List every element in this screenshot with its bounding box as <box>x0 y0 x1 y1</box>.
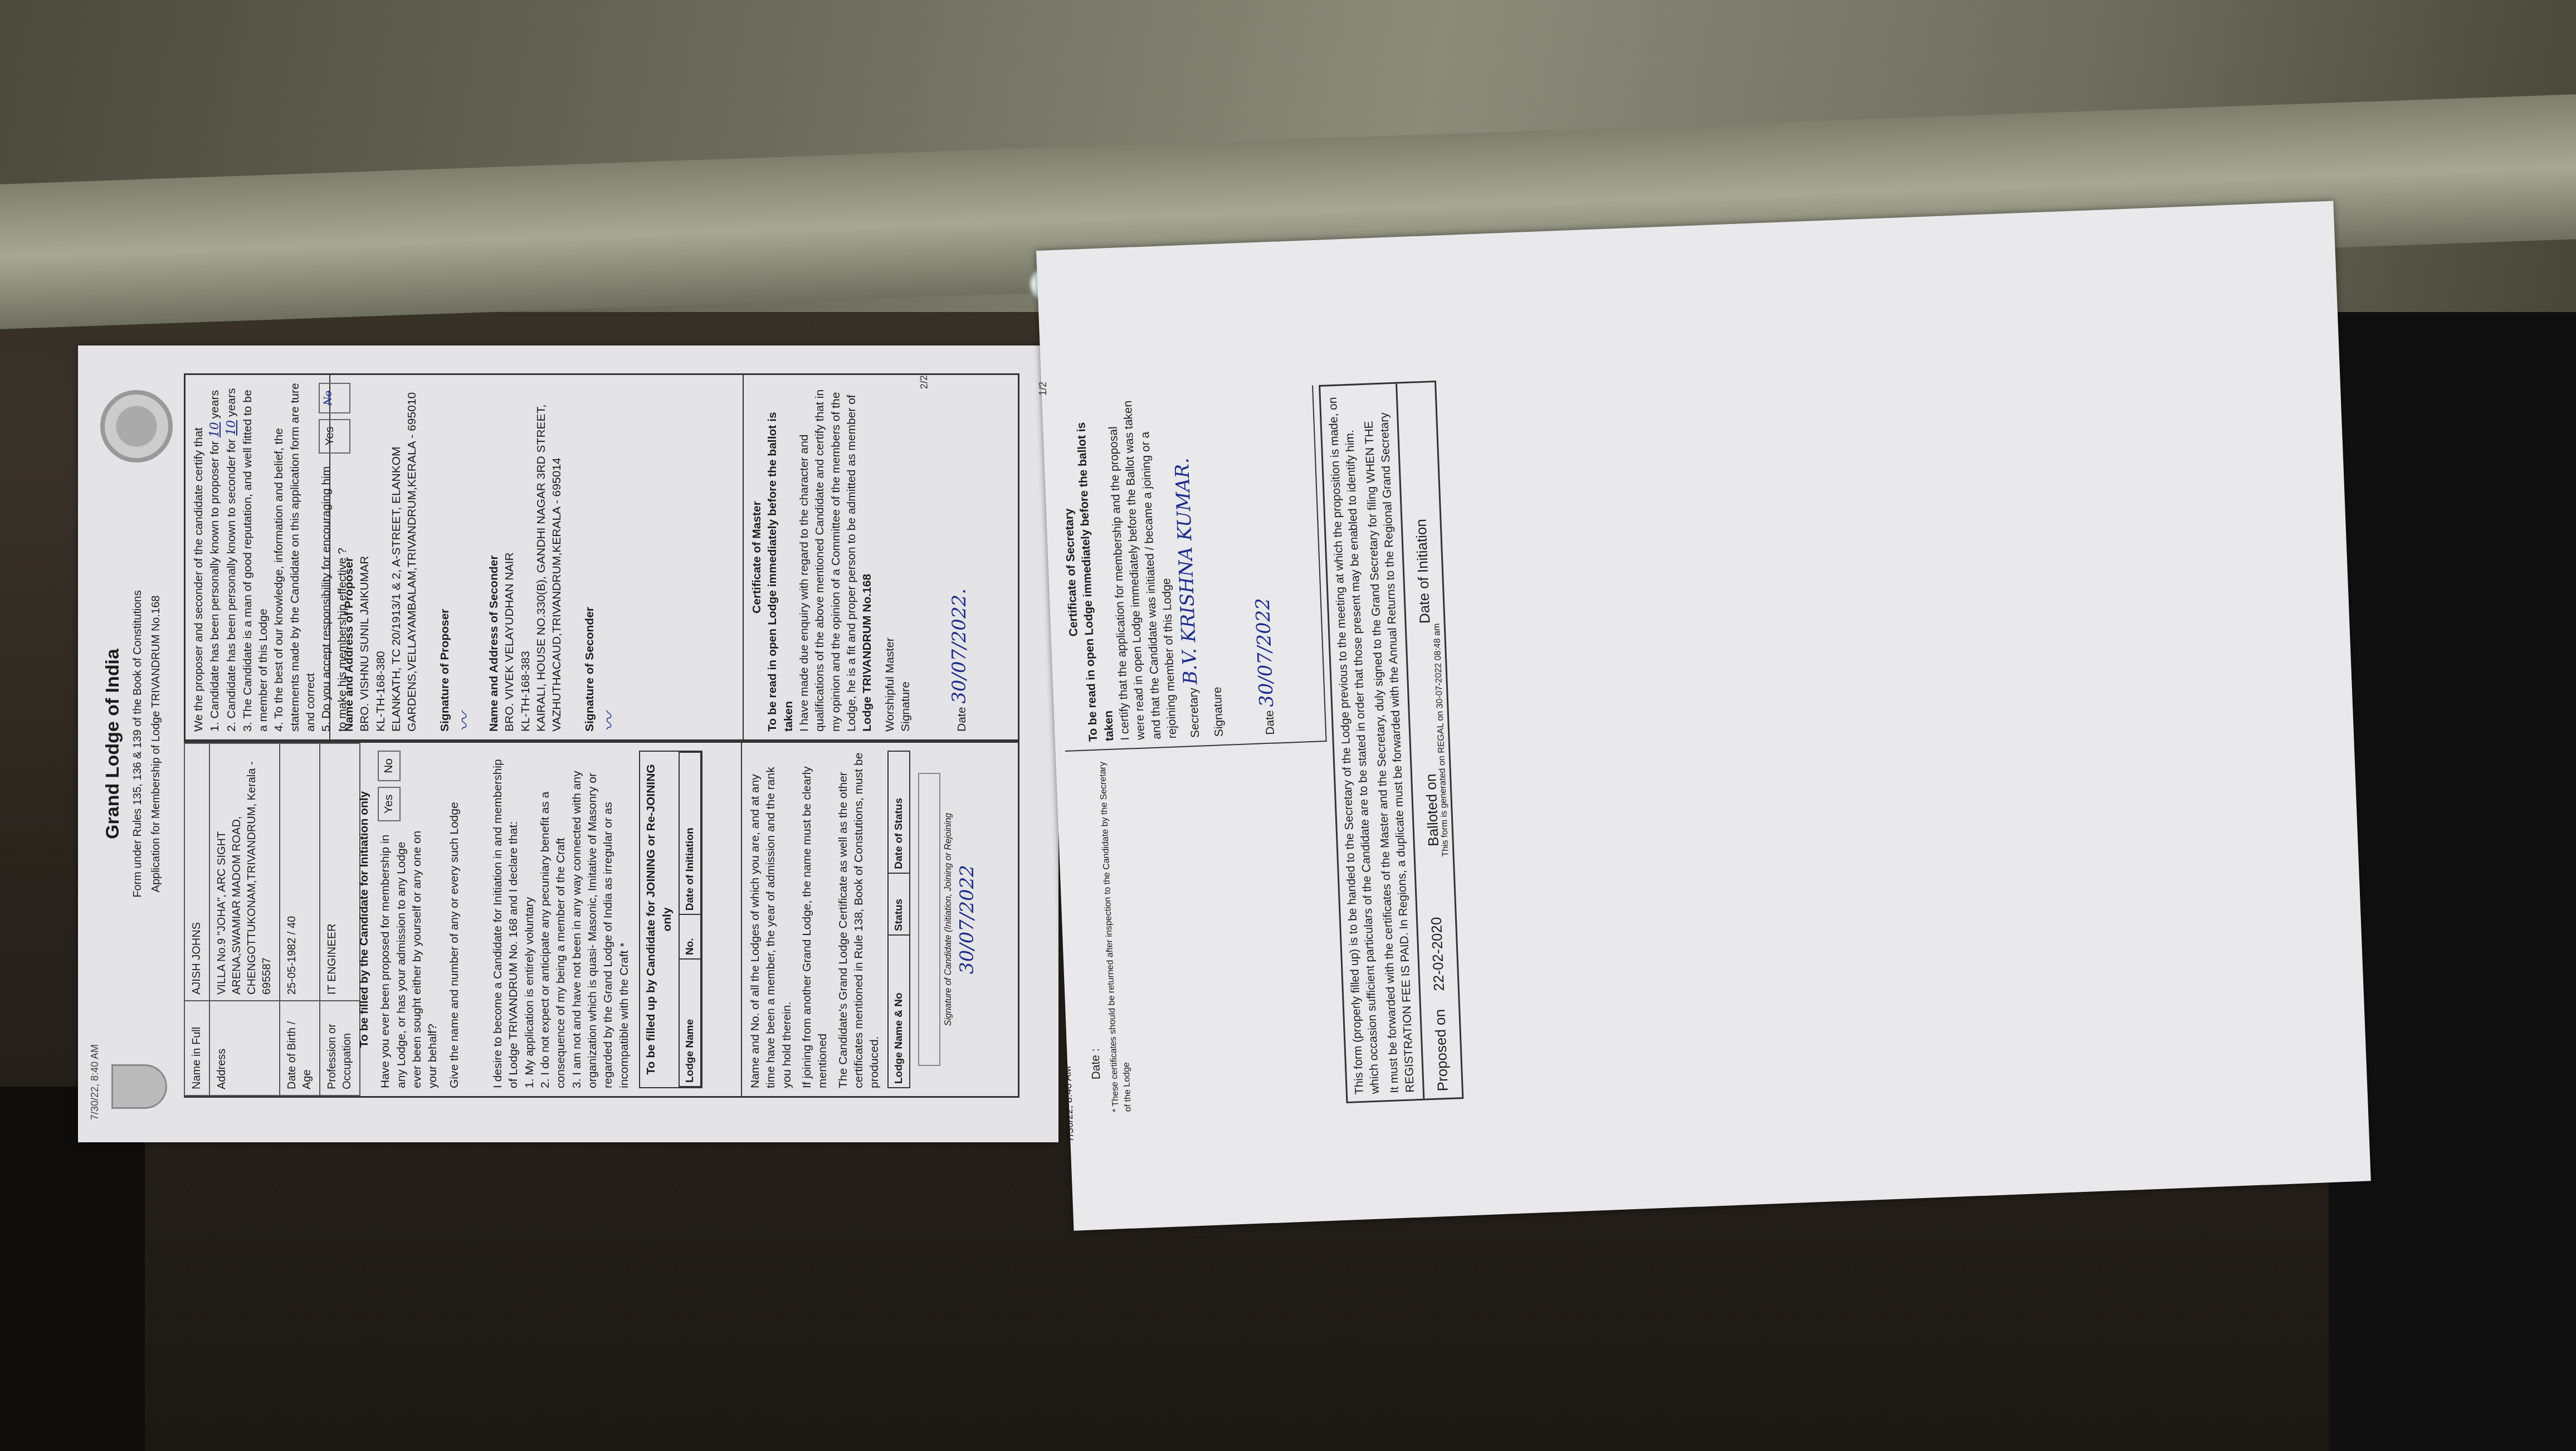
initiation-section: To be filled by the Candidate for Initia… <box>351 743 708 1096</box>
candidate-address: VILLA No.9 "JOHA", ARC SIGHT ARENA,SWAMI… <box>209 743 280 1001</box>
seconder-signature: 〰 <box>598 383 623 732</box>
form-subtitle: Form under Rules 135, 136 & 139 of the B… <box>130 345 145 1142</box>
seconder-name: BRO. VIVEK VELAYUDHAN NAIR <box>502 383 518 732</box>
table-row: Name in FullAJISH JOHNS <box>184 743 209 1095</box>
master-date: 30/07/2022. <box>948 588 970 704</box>
seconder-address: KAIRALI, HOUSE NO.330(B), GANDHI NAGAR 3… <box>534 383 565 732</box>
secretary-date: 30/07/2022 <box>1251 597 1277 707</box>
proposer-id: KL-TH-168-380 <box>373 383 389 732</box>
candidate-table: Name in FullAJISH JOHNS AddressVILLA No.… <box>184 743 360 1096</box>
candidate-signed-date: 30/07/2022 <box>955 751 980 1088</box>
certify-section: We the proposer and seconder of the cand… <box>186 375 330 739</box>
date-note: Date : * These certificates should be re… <box>1076 755 1134 1113</box>
table-row: Date of Birth / Age25-05-1982 / 40 <box>280 743 320 1095</box>
candidate-signature-box[interactable] <box>918 773 940 1066</box>
proposer-signature: 〰 <box>453 383 479 732</box>
candidate-dob: 25-05-1982 / 40 <box>280 743 320 1001</box>
secretary-certificate: Certificate of Secretary To be read in o… <box>1051 385 1326 752</box>
background-dark-right <box>2329 312 2576 1451</box>
seconder-id: KL-TH-168-383 <box>518 383 534 732</box>
form-application: Application for Membership of Lodge TRIV… <box>149 345 164 1142</box>
candidate-name: AJISH JOHNS <box>184 743 209 1001</box>
print-timestamp: 7/30/22, 8:40 AM <box>1061 1066 1077 1142</box>
form-header: Grand Lodge of India Form under Rules 13… <box>78 345 178 1142</box>
form-page-2: 7/30/22, 8:40 AM Date : * These certific… <box>1028 308 2339 1159</box>
proposer-section: Name and Address of Proposer BRO. VISHNU… <box>336 375 629 739</box>
master-certificate: Certificate of Master To be read in open… <box>743 375 978 739</box>
yes-box[interactable]: Yes <box>378 787 400 821</box>
joining-section: Name and No. of all the Lodges of which … <box>741 743 986 1096</box>
table-row: AddressVILLA No.9 "JOHA", ARC SIGHT AREN… <box>209 743 280 1095</box>
form-title: Grand Lodge of India <box>100 345 126 1142</box>
right-column: We the proposer and seconder of the cand… <box>184 373 1019 741</box>
proposer-name: BRO. VISHNU SUNIL JAIKUMAR <box>357 383 373 732</box>
left-column: Name in FullAJISH JOHNS AddressVILLA No.… <box>184 741 1019 1098</box>
joining-table: To be filled up by Candidate for JOINING… <box>639 751 702 1088</box>
page-number: 2/2 <box>917 375 931 389</box>
no-box[interactable]: No <box>378 751 400 781</box>
proposer-address: ELANKATH, TC 20/1913/1 & 2, A-STREET, EL… <box>389 383 421 732</box>
